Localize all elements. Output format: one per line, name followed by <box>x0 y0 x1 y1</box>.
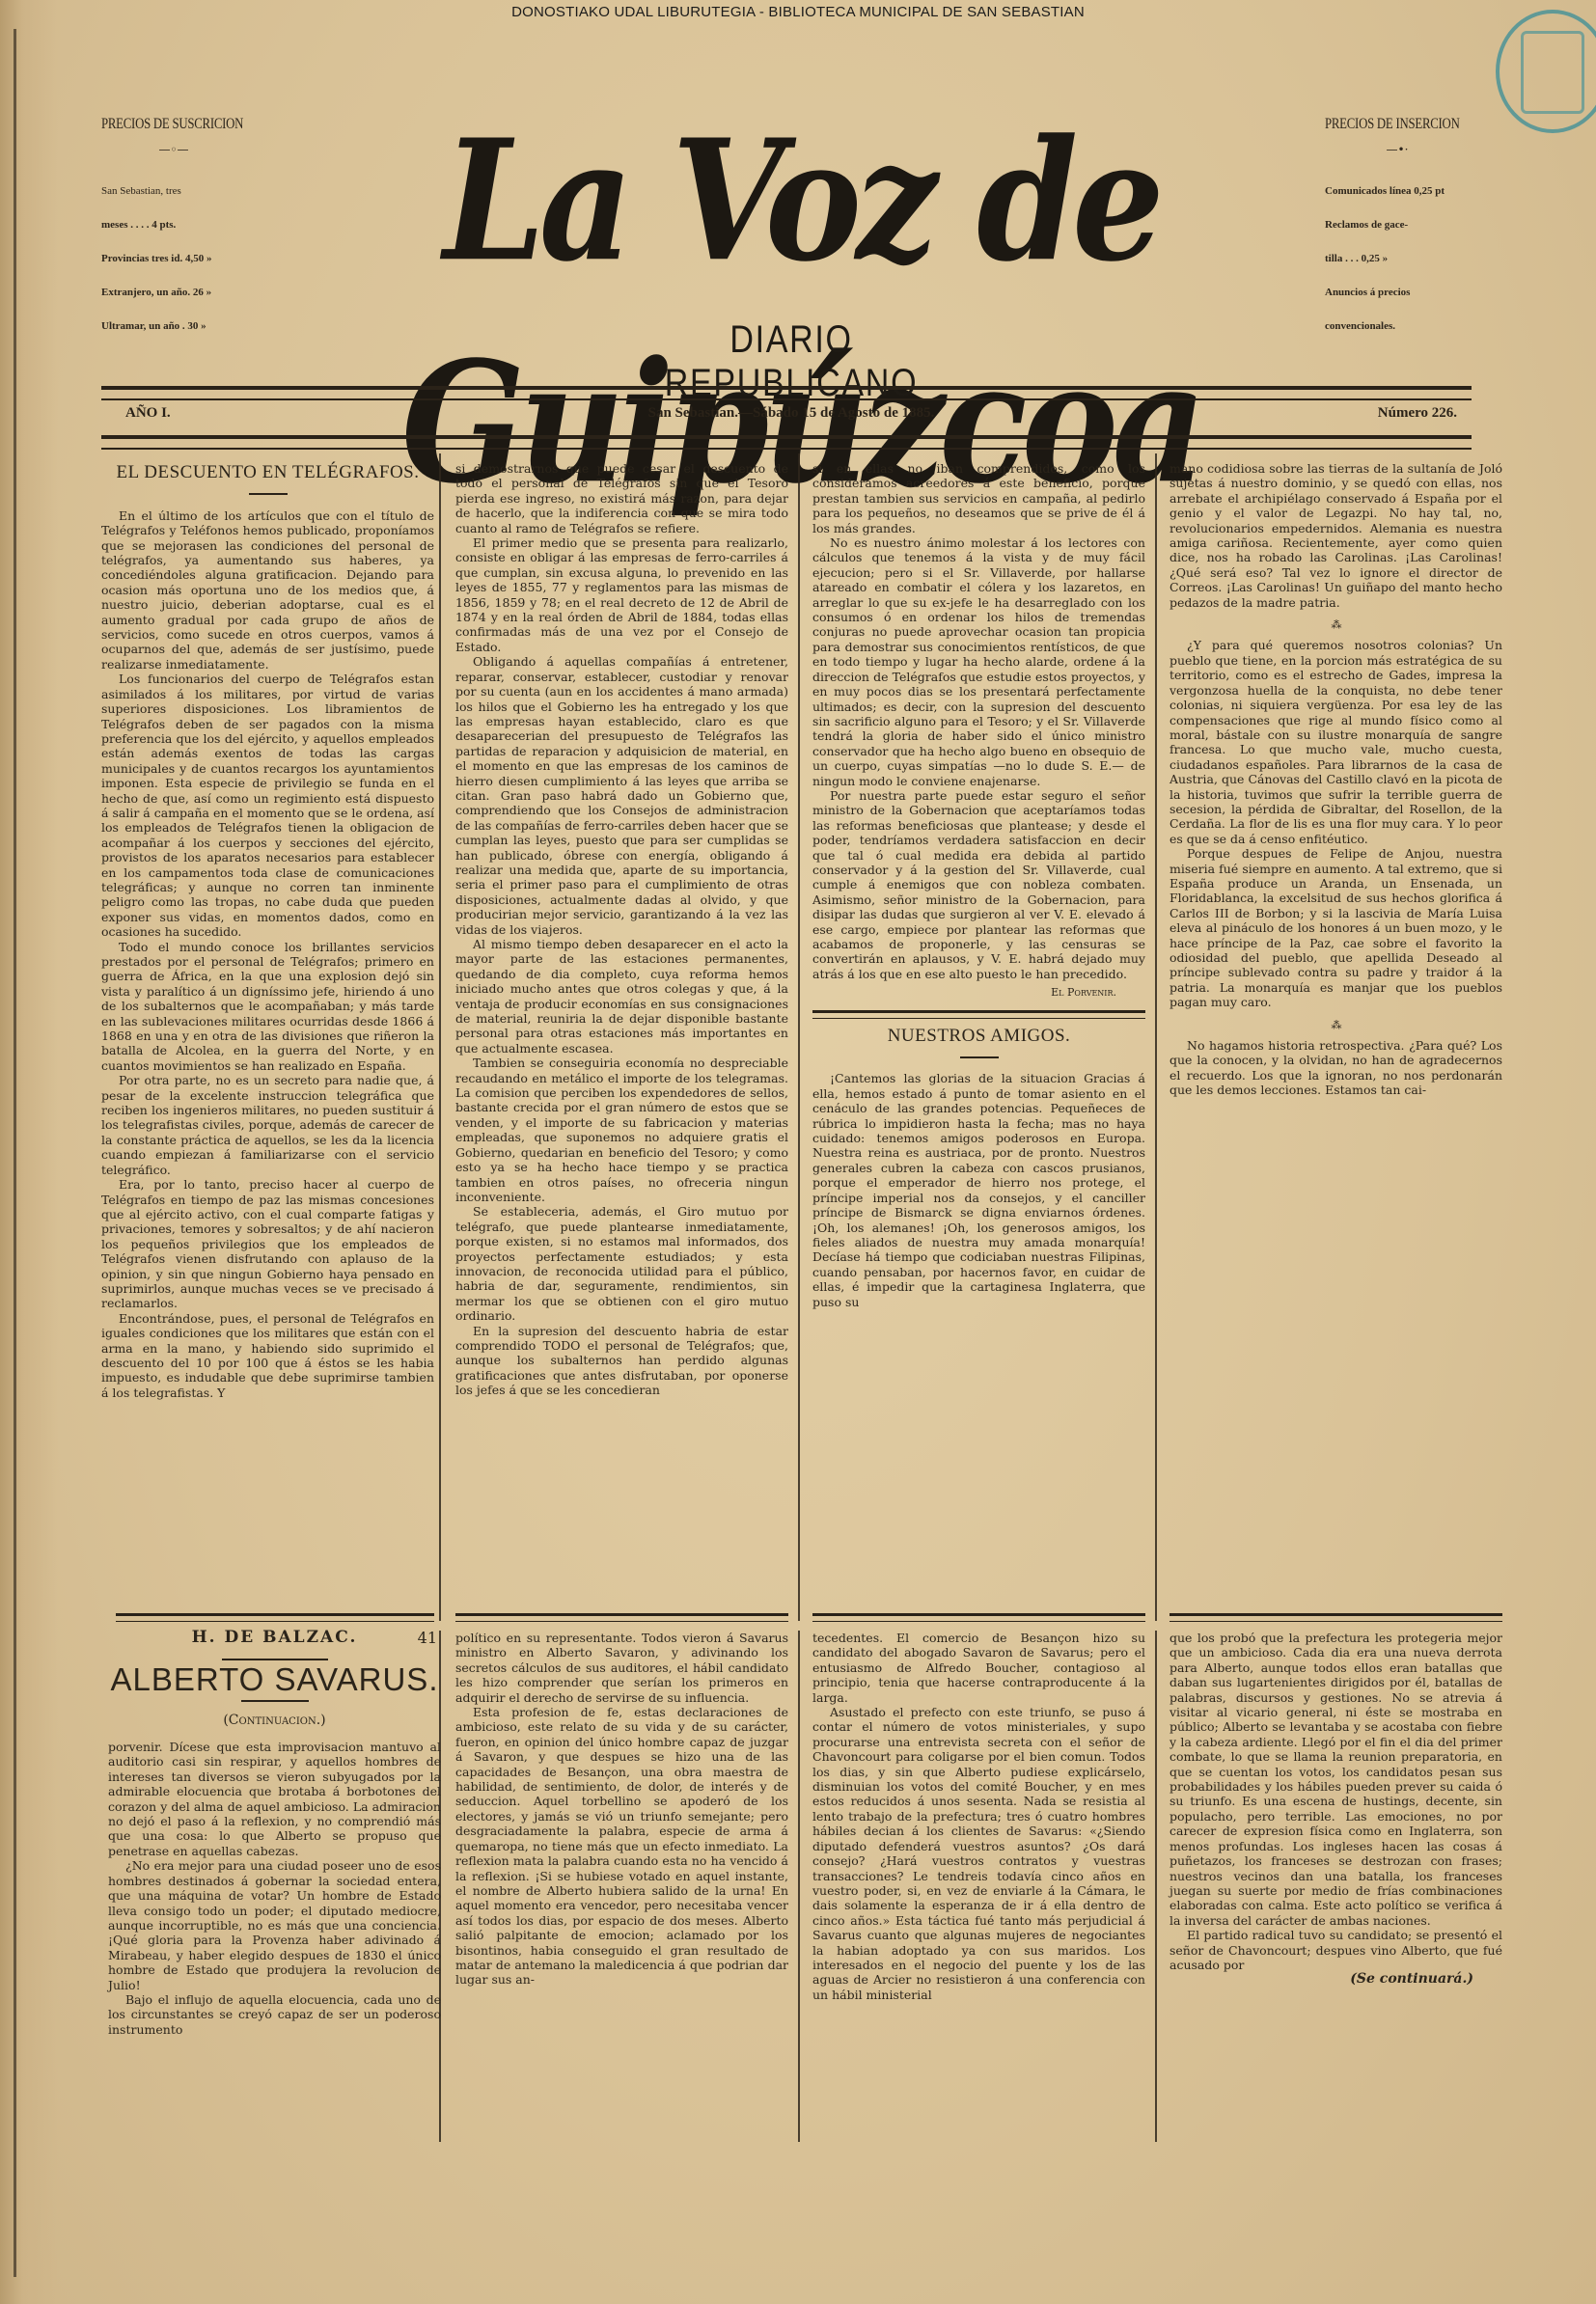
folletin-col2: político en su representante. Todos vier… <box>455 1631 788 1988</box>
column-divider <box>798 1631 800 2142</box>
paragraph: Los funcionarios del cuerpo de Telégrafo… <box>101 672 434 939</box>
paragraph: Era, por lo tanto, preciso hacer al cuer… <box>101 1177 434 1311</box>
paragraph: que los probó que la prefectura les prot… <box>1169 1631 1502 1928</box>
paragraph: El primer medio que se presenta para rea… <box>455 535 788 654</box>
article-title: EL DESCUENTO EN TELÉGRAFOS. <box>101 465 434 480</box>
paragraph: Obligando á aquellas compañías á entrete… <box>455 654 788 937</box>
insertion-heading: PRECIOS DE INSERCION <box>1325 116 1479 133</box>
column-divider <box>798 453 800 1621</box>
price-line: Extranjero, un año. 26 » <box>101 287 294 320</box>
price-line: Provincias tres id. 4,50 » <box>101 253 294 287</box>
paragraph: Bajo el influjo de aquella elocuencia, c… <box>108 1992 441 2037</box>
masthead-rule <box>101 386 1472 400</box>
folletin-col3: tecedentes. El comercio de Besançon hizo… <box>812 1631 1145 2002</box>
paragraph: Esta profesion de fe, estas declaracione… <box>455 1705 788 1988</box>
ornament-icon: —•· <box>1325 143 1470 156</box>
folletin-divider <box>1169 1613 1502 1622</box>
paragraph: ¿Y para qué queremos nosotros colonias? … <box>1169 638 1502 846</box>
column-divider <box>1155 1631 1157 2142</box>
paragraph: En el último de los artículos que con el… <box>101 508 434 672</box>
folletin-col4: que los probó que la prefectura les prot… <box>1169 1631 1502 1988</box>
folletin-author: H. DE BALZAC. <box>192 1628 358 1647</box>
paragraph: No es nuestro ánimo molestar á los lecto… <box>812 535 1145 788</box>
folletin-title: ALBERTO SAVARUS. <box>108 1672 441 1687</box>
title-dash <box>812 1047 1145 1061</box>
paragraph: Asustado el prefecto con este triunfo, s… <box>812 1705 1145 2002</box>
price-line: convencionales. <box>1325 320 1518 354</box>
folletin-col1: H. DE BALZAC. 41 ALBERTO SAVARUS. (Conti… <box>108 1631 441 2037</box>
article-telegrafos-col2: si demostrarnos que puede cesar el descu… <box>455 461 788 1398</box>
price-line: Reclamos de gace- <box>1325 219 1518 253</box>
paragraph: Por nuestra parte puede estar seguro el … <box>812 788 1145 981</box>
insertion-prices: PRECIOS DE INSERCION —•· Comunicados lín… <box>1325 116 1518 354</box>
folletin-divider <box>812 1613 1145 1622</box>
masthead-title: La Voz de Guipúzcoa <box>289 91 1312 335</box>
page-binding-edge <box>0 0 58 2304</box>
paragraph: porvenir. Dícese que esta improvisacion … <box>108 1740 441 1858</box>
price-line: tilla . . . 0,25 » <box>1325 253 1518 287</box>
price-line: Comunicados línea 0,25 pt <box>1325 185 1518 219</box>
paragraph: ¡Cantemos las glorias de la situacion Gr… <box>812 1071 1145 1309</box>
dateline-rule <box>101 435 1472 450</box>
subscription-heading: PRECIOS DE SUSCRICION <box>101 116 256 133</box>
paragraph: El partido radical tuvo su candidato; se… <box>1169 1928 1502 1972</box>
folletin-divider <box>116 1613 434 1622</box>
continuation-label: (Continuacion.) <box>108 1714 441 1728</box>
paragraph: mano codidiosa sobre las tierras de la s… <box>1169 461 1502 610</box>
paragraph: político en su representante. Todos vier… <box>455 1631 788 1705</box>
installment-number: 41 <box>418 1631 437 1645</box>
article-divider <box>812 1010 1145 1019</box>
dateline: AÑO I. San Sebastian.—Sábado 15 de Agost… <box>125 405 1457 425</box>
folletin-divider <box>455 1613 788 1622</box>
title-dash <box>101 483 434 498</box>
column-divider <box>439 453 441 1621</box>
ornament-icon: —◦— <box>101 143 246 156</box>
paragraph: Porque despues de Felipe de Anjou, nuest… <box>1169 846 1502 1009</box>
paragraph: si en ellas no iban comprendidos, como l… <box>812 461 1145 535</box>
paragraph: En la supresion del descuento habria de … <box>455 1324 788 1398</box>
asterism-icon: ⁂ <box>1169 1018 1502 1032</box>
article-telegrafos-col3: si en ellas no iban comprendidos, como l… <box>812 461 1145 1309</box>
column-divider <box>1155 453 1157 1621</box>
article-signature: El Porvenir. <box>812 985 1116 1000</box>
issue-date: San Sebastian.—Sábado 15 de Agosto de 18… <box>125 405 1457 422</box>
price-line: Anuncios á precios <box>1325 287 1518 320</box>
folletin-author-row: H. DE BALZAC. 41 <box>108 1631 441 1645</box>
subscription-prices: PRECIOS DE SUSCRICION —◦— San Sebastian,… <box>101 116 294 354</box>
article-title: NUESTROS AMIGOS. <box>812 1029 1145 1043</box>
library-stamp-icon <box>1496 10 1596 133</box>
binding-rule <box>14 29 16 2277</box>
price-line: San Sebastian, tres <box>101 185 294 219</box>
price-line: Ultramar, un año . 30 » <box>101 320 294 354</box>
article-telegrafos-col1: EL DESCUENTO EN TELÉGRAFOS. En el último… <box>101 461 434 1400</box>
paragraph: Al mismo tiempo deben desaparecer en el … <box>455 937 788 1056</box>
paragraph: tecedentes. El comercio de Besançon hizo… <box>812 1631 1145 1705</box>
to-be-continued: (Se continuará.) <box>1169 1972 1473 1987</box>
paragraph: Por otra parte, no es un secreto para na… <box>101 1073 434 1177</box>
paragraph: si demostrarnos que puede cesar el descu… <box>455 461 788 535</box>
issue-number: Número 226. <box>1378 405 1457 422</box>
archive-banner: DONOSTIAKO UDAL LIBURUTEGIA - BIBLIOTECA… <box>0 4 1596 20</box>
paragraph: ¿No era mejor para una ciudad poseer uno… <box>108 1858 441 1992</box>
price-line: meses . . . . 4 pts. <box>101 219 294 253</box>
paragraph: Todo el mundo conoce los brillantes serv… <box>101 940 434 1074</box>
asterism-icon: ⁂ <box>1169 617 1502 632</box>
paragraph: Tambien se conseguiria economía no despr… <box>455 1056 788 1204</box>
article-amigos-col4: mano codidiosa sobre las tierras de la s… <box>1169 461 1502 1098</box>
paragraph: Encontrándose, pues, el personal de Telé… <box>101 1311 434 1400</box>
paragraph: No hagamos historia retrospectiva. ¿Para… <box>1169 1038 1502 1098</box>
paragraph: Se estableceria, además, el Giro mutuo p… <box>455 1204 788 1323</box>
